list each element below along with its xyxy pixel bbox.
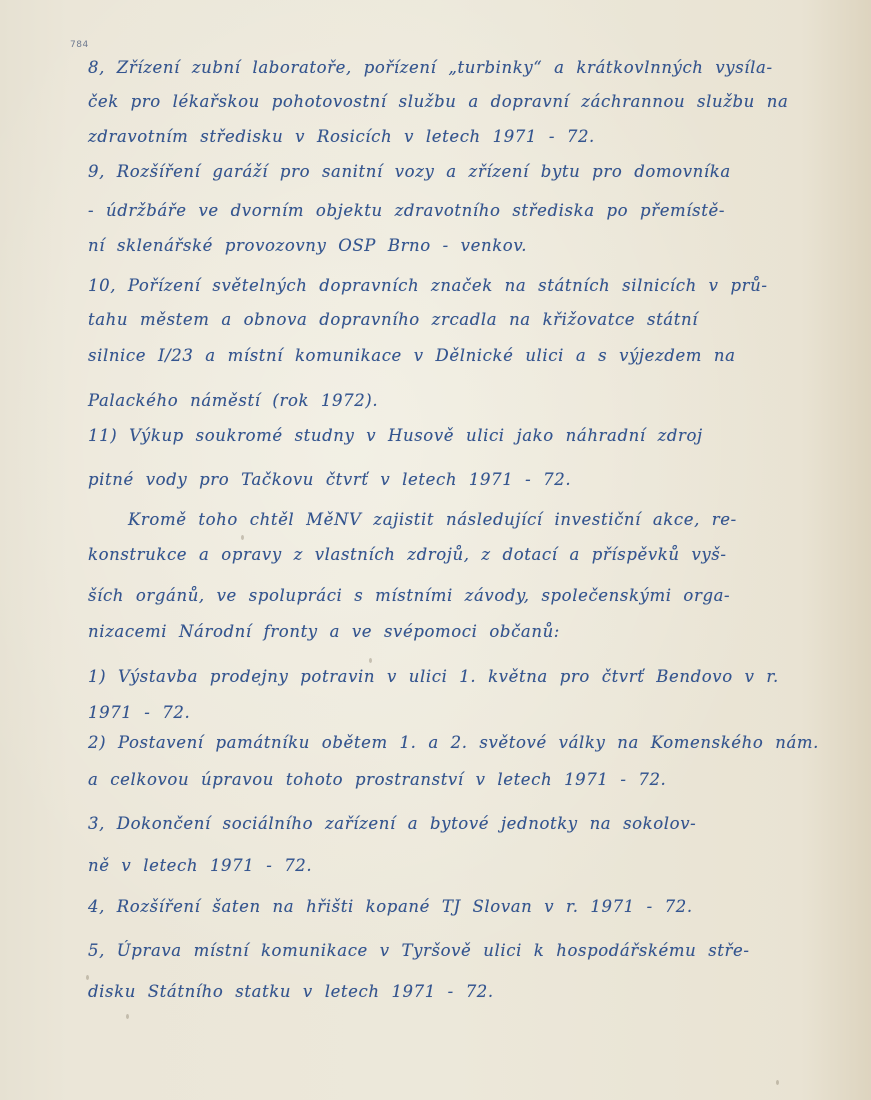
text-line: a celkovou úpravou tohoto prostranství v… <box>88 770 828 790</box>
text-line: Palackého náměstí (rok 1972). <box>88 391 828 411</box>
paper-speck <box>126 1014 129 1019</box>
text-line: ček pro lékařskou pohotovostní službu a … <box>88 92 828 112</box>
text-line: 1971 - 72. <box>88 703 828 723</box>
paper-speck <box>776 1080 779 1085</box>
paper-speck <box>241 535 244 540</box>
text-line: konstrukce a opravy z vlastních zdrojů, … <box>88 545 828 565</box>
text-line-item-5: 5, Úprava místní komunikace v Tyršově ul… <box>88 941 828 961</box>
text-line: zdravotním středisku v Rosicích v letech… <box>88 127 828 147</box>
text-line-item-10: 10, Pořízení světelných dopravních znače… <box>88 276 828 296</box>
text-line-item-1: 1) Výstavba prodejny potravin v ulici 1.… <box>88 667 828 687</box>
text-line: disku Státního statku v letech 1971 - 72… <box>88 982 828 1002</box>
text-line-item-3: 3, Dokončení sociálního zařízení a bytov… <box>88 814 828 834</box>
text-line-item-9: 9, Rozšíření garáží pro sanitní vozy a z… <box>88 162 828 182</box>
page-number: 784 <box>70 40 89 50</box>
manuscript-page: 784 8, Zřízení zubní laboratoře, pořízen… <box>0 0 871 1100</box>
text-line: ších orgánů, ve spolupráci s místními zá… <box>88 586 828 606</box>
text-line: silnice I/23 a místní komunikace v Dělni… <box>88 346 828 366</box>
text-line: ní sklenářské provozovny OSP Brno - venk… <box>88 236 828 256</box>
paper-speck <box>369 658 372 663</box>
text-line-item-8: 8, Zřízení zubní laboratoře, pořízení „t… <box>88 58 828 78</box>
text-line: nizacemi Národní fronty a ve svépomoci o… <box>88 622 828 642</box>
text-line: pitné vody pro Tačkovu čtvrť v letech 19… <box>88 470 828 490</box>
text-line: tahu městem a obnova dopravního zrcadla … <box>88 310 828 330</box>
text-line: - údržbáře ve dvorním objektu zdravotníh… <box>88 201 828 221</box>
text-line-item-2: 2) Postavení památníku obětem 1. a 2. sv… <box>88 733 828 753</box>
text-line: ně v letech 1971 - 72. <box>88 856 828 876</box>
paragraph-intro-line: Kromě toho chtěl MěNV zajistit následují… <box>128 510 868 530</box>
text-line-item-11: 11) Výkup soukromé studny v Husově ulici… <box>88 426 828 446</box>
paper-speck <box>86 975 89 980</box>
text-line-item-4: 4, Rozšíření šaten na hřišti kopané TJ S… <box>88 897 828 917</box>
